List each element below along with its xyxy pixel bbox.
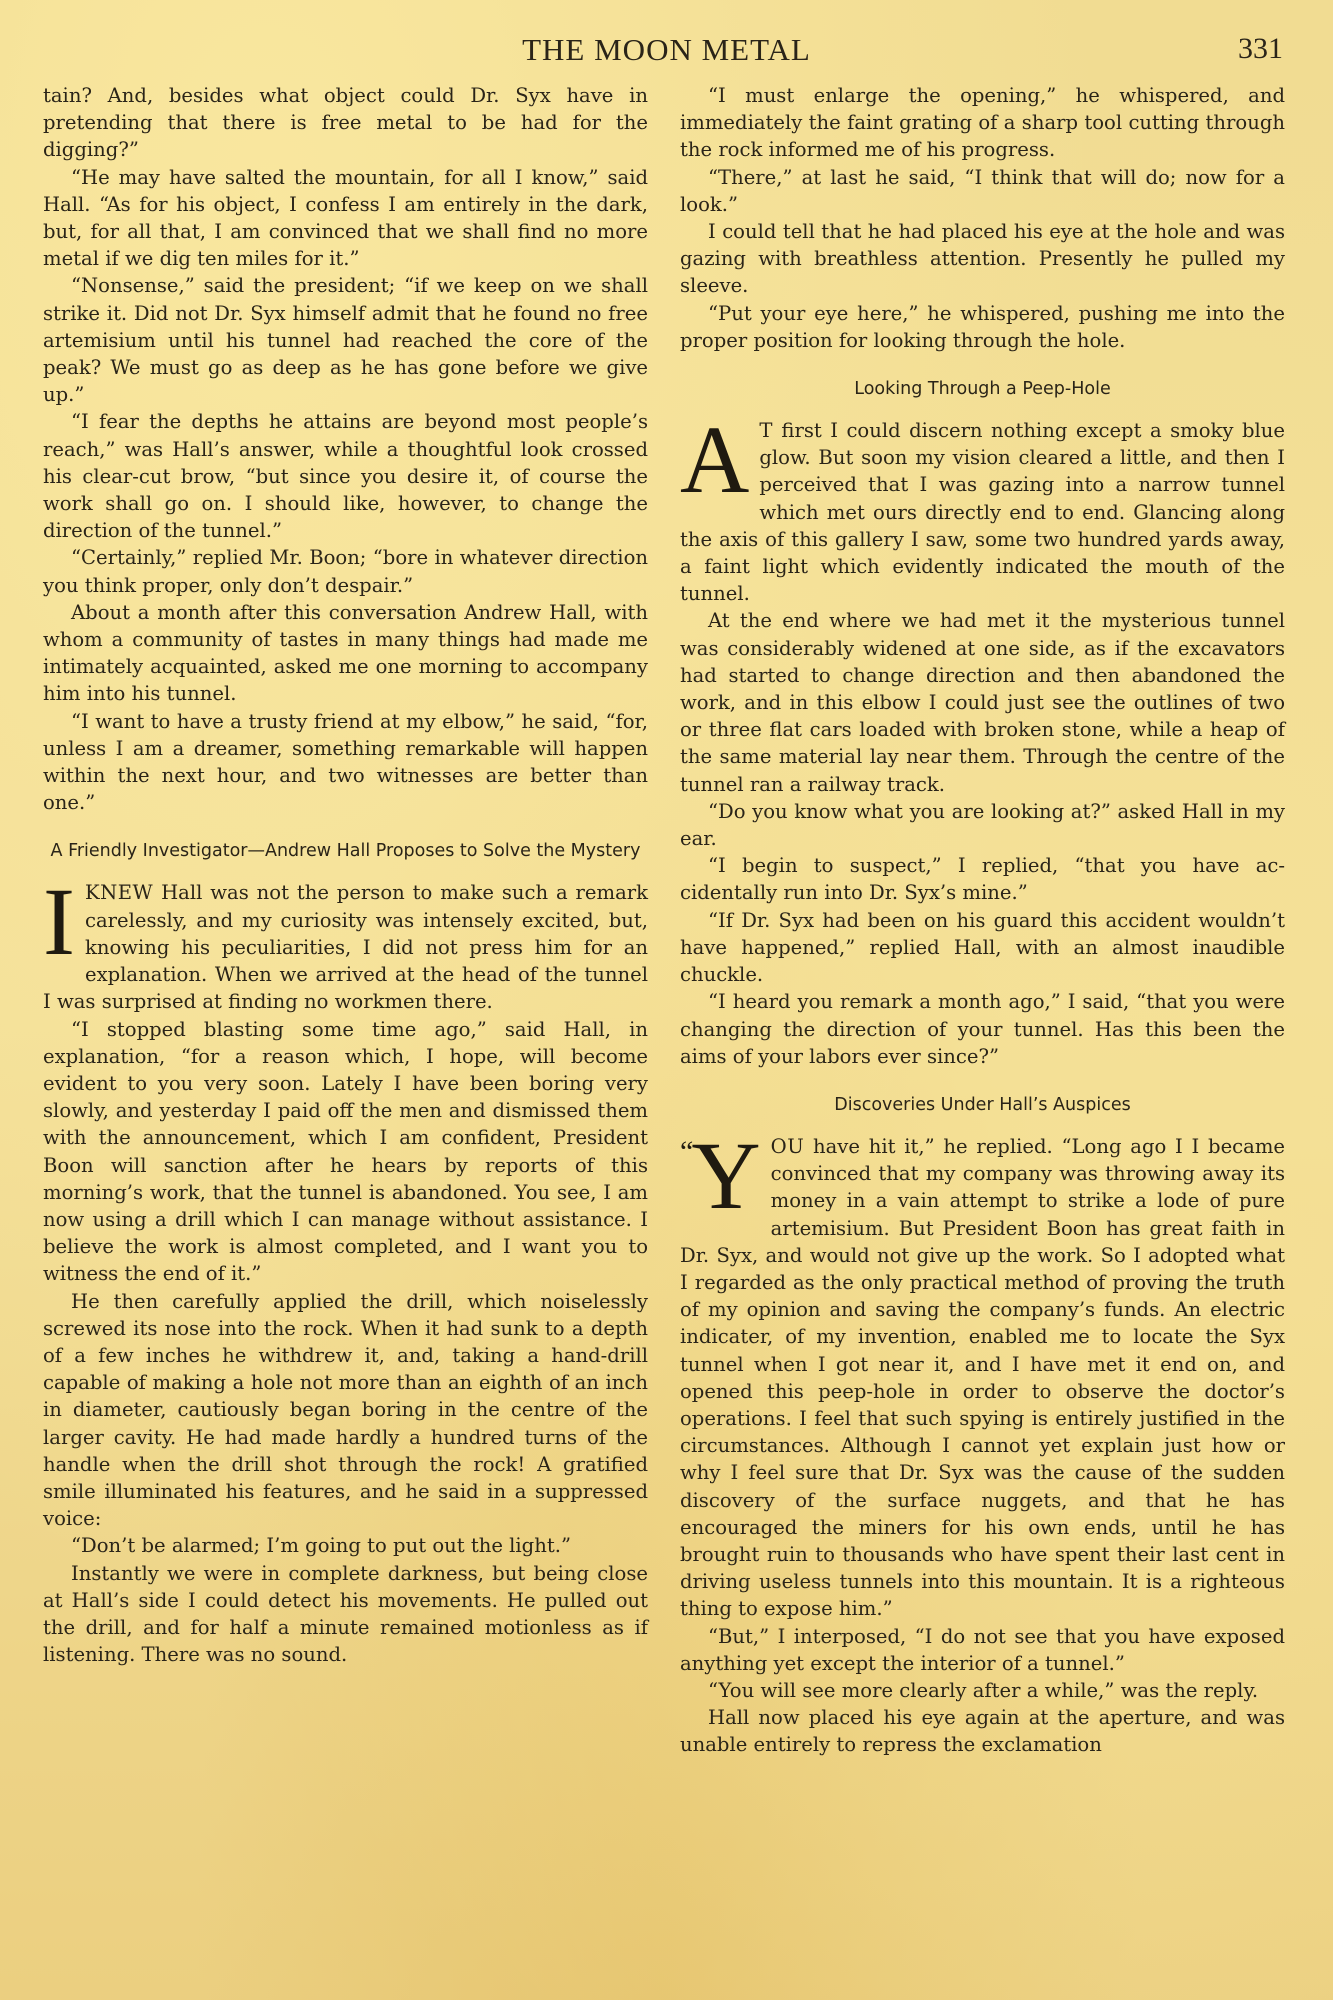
paragraph: At the end where we had met it the myste…	[680, 607, 1285, 797]
drop-cap: I	[43, 883, 75, 961]
paragraph: “I must enlarge the opening,” he whisper…	[680, 82, 1285, 164]
paragraph: “He may have salted the mountain, for al…	[43, 164, 648, 273]
small-caps-lead: T	[759, 419, 773, 442]
paragraph: “Don’t be alarmed; I’m going to put out …	[43, 1532, 648, 1559]
running-head: THE MOON METAL 331	[0, 32, 1333, 72]
paragraph: “I stopped blasting some time ago,” said…	[43, 1016, 648, 1288]
paragraph: He then carefully applied the drill, whi…	[43, 1288, 648, 1533]
right-column: “I must enlarge the opening,” he whisper…	[680, 82, 1285, 1759]
paragraph: “There,” at last he said, “I think that …	[680, 164, 1285, 218]
paragraph: “Do you know what you are looking at?” a…	[680, 798, 1285, 852]
section-subhead: Looking Through a Peep-Hole	[680, 376, 1285, 403]
paragraph-text: first I could discern nothing except a s…	[680, 419, 1285, 605]
page-number: 331	[1238, 32, 1283, 66]
section-subhead: A Friendly Investigator—Andrew Hall Prop…	[43, 838, 648, 865]
paragraph: “Nonsense,” said the president; “if we k…	[43, 272, 648, 408]
section-subhead: Discoveries Under Hall’s Auspices	[680, 1092, 1285, 1119]
paragraph: I could tell that he had placed his eye …	[680, 218, 1285, 300]
running-title: THE MOON METAL	[0, 32, 1333, 68]
small-caps-lead: OU	[771, 1135, 805, 1158]
paragraph: Instantly we were in complete darkness, …	[43, 1560, 648, 1669]
dropcap-paragraph: IKNEW Hall was not the person to make su…	[43, 879, 648, 1015]
drop-cap-letter: Y	[691, 1122, 760, 1229]
paragraph: “You will see more clearly after a while…	[680, 1677, 1285, 1704]
paragraph-text: have hit it,” he replied. “Long ago I I …	[680, 1135, 1285, 1620]
paragraph: “I fear the depths he attains are beyond…	[43, 408, 648, 544]
paragraph: Hall now placed his eye again at the ape…	[680, 1704, 1285, 1758]
paragraph: About a month after this conversation An…	[43, 599, 648, 708]
magazine-page: THE MOON METAL 331 tain? And, besides wh…	[0, 0, 1333, 2000]
paragraph: “I want to have a trusty friend at my el…	[43, 708, 648, 817]
paragraph: “Put your eye here,” he whispered, pushi…	[680, 300, 1285, 354]
paragraph: “If Dr. Syx had been on his guard this a…	[680, 907, 1285, 989]
paragraph: tain? And, besides what object could Dr.…	[43, 82, 648, 164]
dropcap-paragraph: AT first I could discern nothing except …	[680, 417, 1285, 607]
small-caps-lead: KNEW	[85, 881, 153, 904]
paragraph: “Certainly,” replied Mr. Boon; “bore in …	[43, 544, 648, 598]
paragraph: “I heard you remark a month ago,” I said…	[680, 988, 1285, 1070]
paragraph: “But,” I interposed, “I do not see that …	[680, 1623, 1285, 1677]
dropcap-paragraph: “YOU have hit it,” he replied. “Long ago…	[680, 1133, 1285, 1623]
drop-cap: “Y	[680, 1137, 761, 1215]
drop-cap: A	[680, 421, 749, 499]
left-column: tain? And, besides what object could Dr.…	[43, 82, 648, 1668]
paragraph: “I begin to suspect,” I replied, “that y…	[680, 852, 1285, 906]
